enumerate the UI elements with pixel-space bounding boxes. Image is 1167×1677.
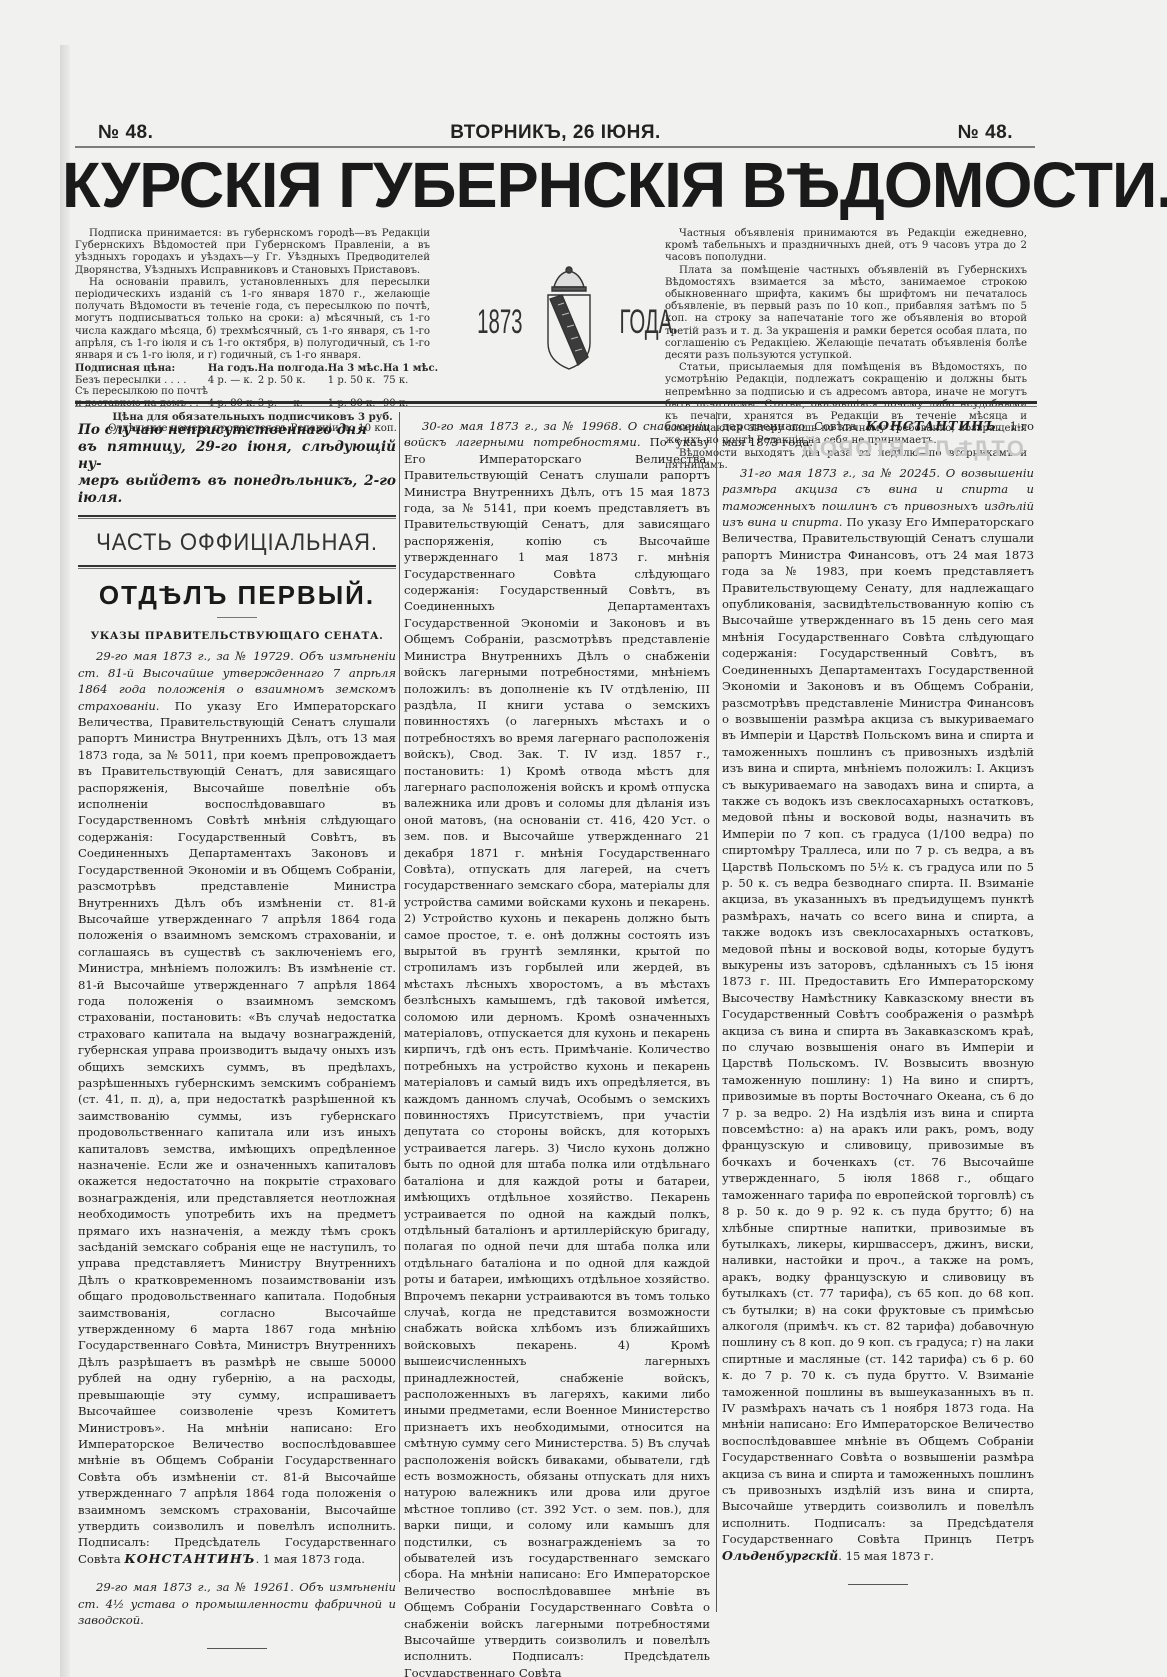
ads-fees-paragraph: Плата за помѣщеніе частныхъ объявленій в… <box>665 265 1027 363</box>
price-header-label: Подписная цѣна: <box>75 363 208 375</box>
price-row: Съ пересылкою по почтѣ <box>75 386 438 398</box>
decree-article: 29-го мая 1873 г., за № 19261. Объ измѣн… <box>78 1579 396 1628</box>
issue-number-right: № 48. <box>958 122 1013 144</box>
year-emblem: 1873 ГОДА. <box>480 262 640 382</box>
divider <box>848 1584 908 1585</box>
notice-line: По случаю неприсутственнаго дня <box>78 422 396 439</box>
price-cell: Съ пересылкою по почтѣ <box>75 386 208 398</box>
divider <box>217 617 257 618</box>
divider <box>78 515 396 517</box>
price-cell: 4 р. — к. <box>208 375 258 387</box>
holiday-notice: По случаю неприсутственнаго дня въ пятни… <box>78 422 396 507</box>
price-cell: 2 р. 50 к. <box>258 375 328 387</box>
masthead-divider-thick <box>75 401 1037 404</box>
divider <box>78 565 396 567</box>
price-cell <box>208 386 258 398</box>
header-rule <box>75 146 1035 148</box>
price-cell <box>258 386 328 398</box>
decree-signature: Ольденбургскій <box>722 1548 838 1563</box>
notice-line: меръ выйдетъ въ понедѣльникъ, 2-го іюля. <box>78 473 396 507</box>
newspaper-title: КУРСКІЯ ГУБЕРНСКІЯ ВѢДОМОСТИ. <box>62 150 1027 220</box>
column-2: 30-го мая 1873 г., за № 19968. О снабжен… <box>404 418 710 1677</box>
decree-lead: 29-го мая 1873 г., за № 19261. Объ измѣн… <box>78 1580 396 1627</box>
price-cell <box>328 386 383 398</box>
decree-body: По указу Его Императорскаго Величества, … <box>404 435 710 1677</box>
subscription-info: Подписка принимается: въ губернскомъ гор… <box>75 228 430 436</box>
price-header-1m: На 1 мѣс. <box>383 363 438 375</box>
emblem-year: 1873 <box>477 303 522 342</box>
decree-article: 31-го мая 1873 г., за № 20245. О возвыше… <box>722 465 1034 1564</box>
column-3: дарственнаго Совѣта КОНСТАНТИНЪ. 1-го ма… <box>722 418 1034 1585</box>
official-part-title: ЧАСТЬ ОФФИЦІАЛЬНАЯ. <box>91 525 384 561</box>
ads-hours-paragraph: Частныя объявленія принимаются въ Редакц… <box>665 228 1027 265</box>
price-header-3m: На 3 мѣс. <box>328 363 383 375</box>
price-cell: Безъ пересылки . . . . <box>75 375 208 387</box>
masthead-divider-thin <box>75 406 1037 407</box>
issue-date: ВТОРНИКЪ, 26 ІЮНЯ. <box>450 122 661 144</box>
page-edge-shadow <box>60 45 70 1677</box>
column-divider <box>399 412 400 1582</box>
notice-line: въ пятницу, 29-го іюня, слѣдующій ну- <box>78 439 396 473</box>
issue-line: № 48. ВТОРНИКЪ, 26 ІЮНЯ. № 48. <box>78 122 1033 144</box>
decree-body: По указу Его Императорскаго Величества, … <box>78 699 396 1566</box>
decree-signature: КОНСТАНТИНЪ <box>124 1551 255 1566</box>
subscription-paragraph: Подписка принимается: въ губернскомъ гор… <box>75 228 430 277</box>
divider <box>207 1648 267 1649</box>
price-cell <box>383 386 438 398</box>
divider <box>78 518 396 519</box>
decree-article: 30-го мая 1873 г., за № 19968. О снабжен… <box>404 418 710 1677</box>
column-divider <box>716 412 717 1612</box>
decree-body: По указу Его Императорскаго Величества, … <box>722 515 1034 1546</box>
decree-continuation-text: дарственнаго Совѣта <box>722 419 866 433</box>
decree-signature-date: . 15 мая 1873 г. <box>838 1549 934 1563</box>
subscription-rules-paragraph: На основаніи правилъ, установленныхъ для… <box>75 277 430 362</box>
issue-number-left: № 48. <box>98 122 153 144</box>
column-1: По случаю неприсутственнаго дня въ пятни… <box>78 418 396 1649</box>
price-row: Безъ пересылки . . . . 4 р. — к. 2 р. 50… <box>75 375 438 387</box>
decree-signature: КОНСТАНТИНЪ <box>866 418 997 433</box>
decree-continuation: дарственнаго Совѣта КОНСТАНТИНЪ. 1-го ма… <box>722 418 1034 451</box>
decree-article: 29-го мая 1873 г., за № 19729. Объ измѣн… <box>78 648 396 1567</box>
price-header-year: На годъ. <box>208 363 258 375</box>
department-title: ОТДѢЛЪ ПЕРВЫЙ. <box>78 575 396 615</box>
price-table-header: Подписная цѣна: На годъ. На полгода. На … <box>75 363 438 375</box>
price-cell: 75 к. <box>383 375 438 387</box>
kursk-coat-of-arms-icon <box>538 265 600 379</box>
decree-signature-date: . 1 мая 1873 года. <box>256 1552 365 1566</box>
divider <box>78 568 396 569</box>
price-cell: 1 р. 50 к. <box>328 375 383 387</box>
price-header-half: На полгода. <box>258 363 328 375</box>
senate-decrees-heading: УКАЗЫ ПРАВИТЕЛЬСТВУЮЩАГО СЕНАТА. <box>78 628 396 644</box>
